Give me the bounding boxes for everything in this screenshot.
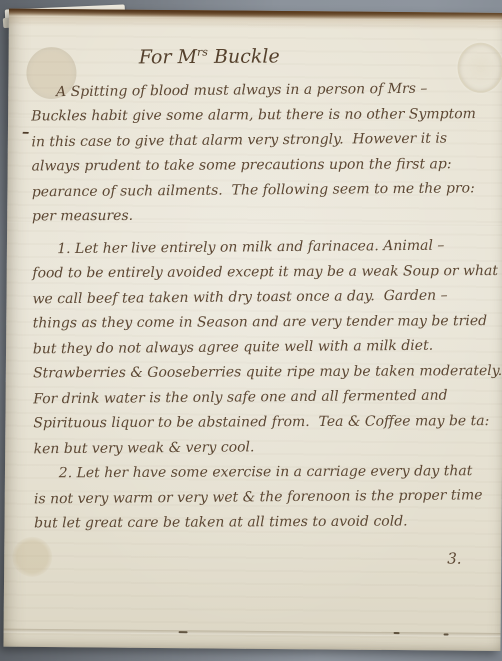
crease-speck bbox=[444, 633, 449, 635]
manuscript-text: For Mrs Buckle A Spitting of blood must … bbox=[31, 38, 502, 538]
manuscript-line: food to be entirely avoided except it ma… bbox=[32, 259, 502, 286]
manuscript-line: Spirituous liquor to be abstained from. … bbox=[33, 409, 502, 436]
page-number: 3. bbox=[447, 550, 461, 568]
manuscript-line: per measures. bbox=[32, 202, 502, 229]
manuscript-line: For drink water is the only safe one and… bbox=[33, 383, 502, 412]
manuscript-line: things as they come in Season and are ve… bbox=[33, 309, 502, 336]
manuscript-line: pearance of such ailments. The following… bbox=[32, 176, 502, 205]
manuscript-line: we call beef tea taken with dry toast on… bbox=[32, 283, 502, 312]
title-prefix: For M bbox=[139, 46, 197, 68]
title-suffix: Buckle bbox=[208, 45, 280, 68]
manuscript-line: is not very warm or very wet & the foren… bbox=[34, 483, 502, 512]
title-superscript: rs bbox=[197, 46, 208, 59]
manuscript-line: 1. Let her live entirely on milk and far… bbox=[32, 233, 502, 262]
manuscript-line: but let great care be taken at all times… bbox=[34, 509, 502, 536]
manuscript-lines: A Spitting of blood must always in a per… bbox=[31, 77, 502, 537]
document-title: For Mrs Buckle bbox=[139, 38, 502, 71]
manuscript-line: Buckles habit give some alarm, but there… bbox=[31, 102, 502, 129]
manuscript-line: in this case to give that alarm very str… bbox=[31, 126, 502, 155]
manuscript-line: ken but very weak & very cool. bbox=[33, 433, 502, 462]
manuscript-page: – For Mrs Buckle A Spitting of blood mus… bbox=[3, 9, 502, 651]
manuscript-line: 2. Let her have some exercise in a carri… bbox=[34, 459, 502, 486]
crease-speck bbox=[394, 632, 400, 634]
crease-speck bbox=[179, 631, 188, 633]
fold-crease bbox=[4, 629, 501, 637]
paper-stain bbox=[12, 537, 52, 577]
manuscript-line: Strawberries & Gooseberries quite ripe m… bbox=[33, 359, 502, 386]
manuscript-line: but they do not always agree quite well … bbox=[33, 333, 502, 362]
margin-dash-mark: – bbox=[22, 123, 30, 141]
manuscript-line: always prudent to take some precautions … bbox=[32, 152, 502, 179]
manuscript-line: A Spitting of blood must always in a per… bbox=[31, 76, 502, 105]
